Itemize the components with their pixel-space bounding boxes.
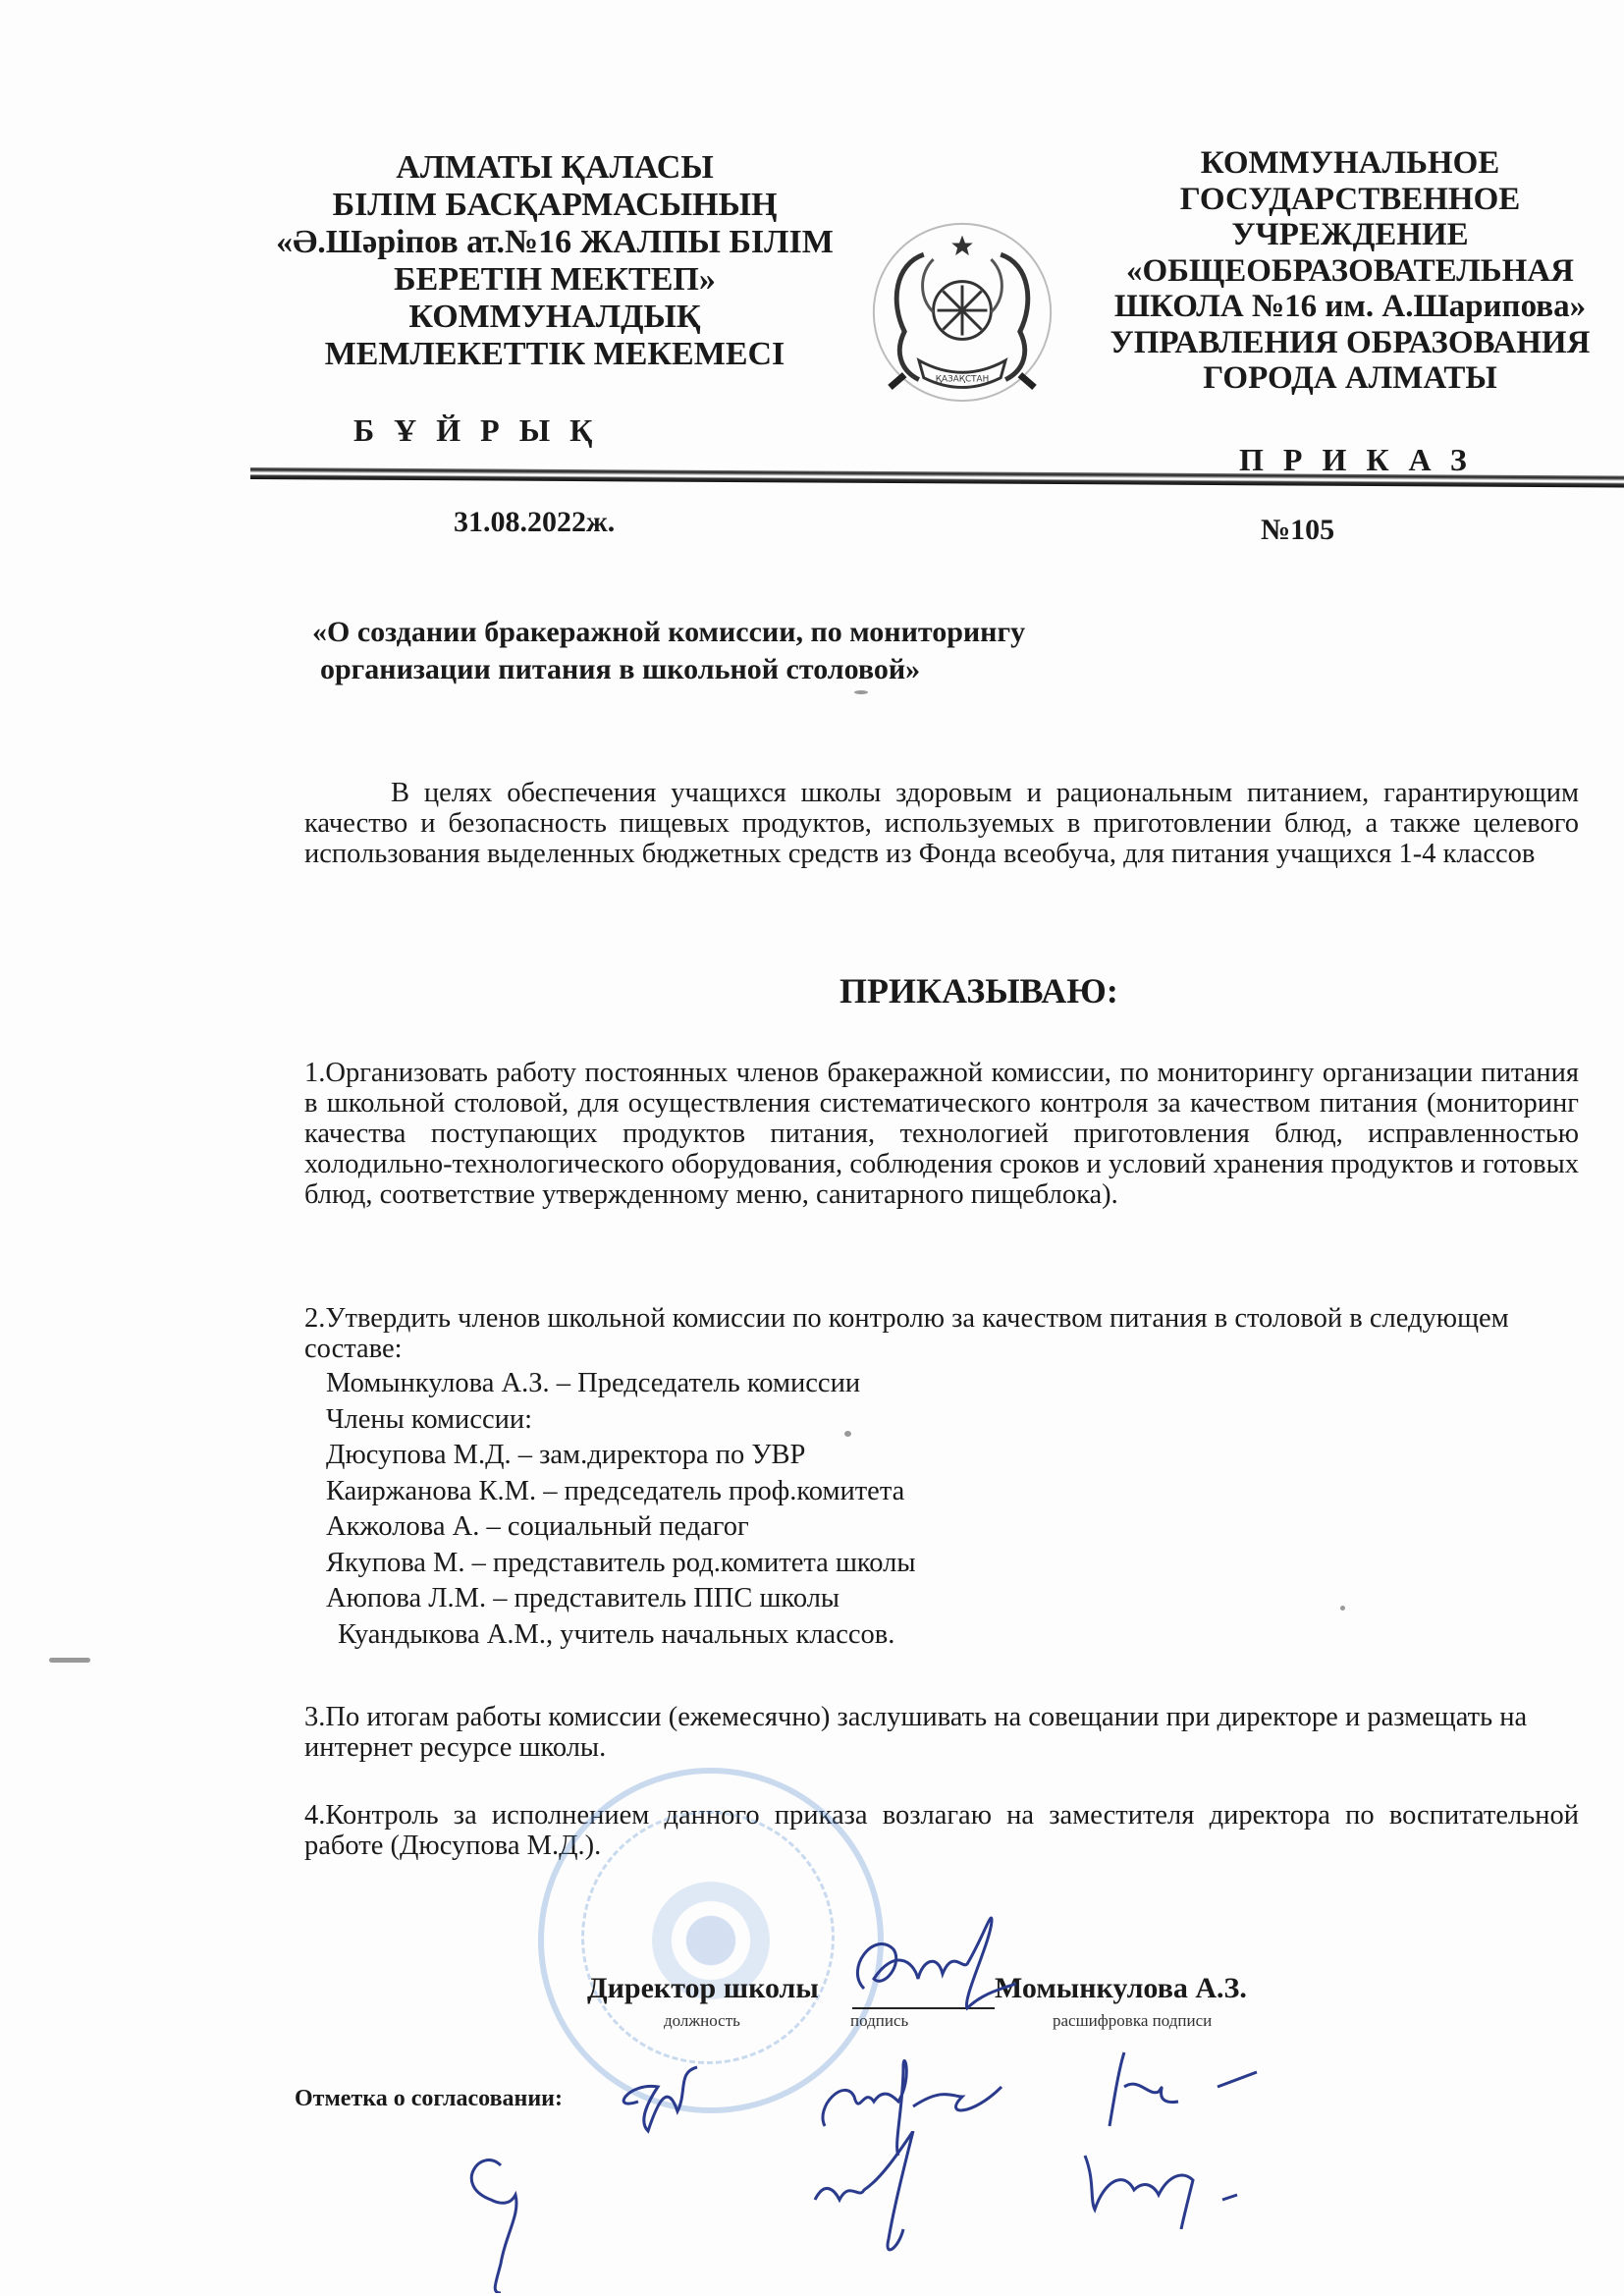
header-russian-line: ГОСУДАРСТВЕННОЕ: [1090, 182, 1610, 218]
approval-signature-icon: [442, 2146, 550, 2293]
order-number: №105: [1261, 514, 1334, 547]
commission-member: Каиржанова К.М. – председатель проф.коми…: [304, 1474, 1579, 1510]
approval-signature-icon: [1075, 2141, 1262, 2229]
header-russian-line: КОММУНАЛЬНОЕ: [1090, 145, 1610, 182]
preamble-paragraph: В целях обеспечения учащихся школы здоро…: [304, 778, 1579, 869]
approval-label: Отметка о согласовании:: [295, 2086, 563, 2112]
header-kazakh-line: МЕМЛЕКЕТТІК МЕКЕМЕСІ: [265, 336, 844, 373]
order-document-page: АЛМАТЫ ҚАЛАСЫ БІЛІМ БАСҚАРМАСЫНЫҢ «Ә.Шәр…: [0, 0, 1624, 2296]
order-heading: ПРИКАЗЫВАЮ:: [839, 970, 1118, 1011]
commission-member: Акжолова А. – социальный педагог: [304, 1509, 1579, 1546]
header-kazakh-line: «Ә.Шәріпов ат.№16 ЖАЛПЫ БІЛІМ: [265, 224, 844, 261]
order-item-2: 2.Утвердить членов школьной комиссии по …: [304, 1303, 1579, 1653]
scan-speck: [854, 690, 868, 694]
signatory-name: Момынкулова А.З.: [995, 1972, 1247, 2005]
header-kazakh-line: БІЛІМ БАСҚАРМАСЫНЫҢ: [265, 187, 844, 224]
order-item-4: 4.Контроль за исполнением данного приказ…: [304, 1800, 1579, 1861]
commission-member: Дюсупова М.Д. – зам.директора по УВР: [304, 1438, 1579, 1474]
members-label: Члены комиссии:: [304, 1402, 1579, 1439]
caption-position: должность: [664, 2011, 740, 2031]
order-word-kazakh: БҰЙРЫҚ: [353, 412, 612, 449]
scan-speck: [49, 1658, 90, 1663]
commission-member: Куандыкова А.М., учитель начальных класс…: [304, 1617, 1579, 1654]
scan-speck: [1340, 1606, 1345, 1611]
header-russian-line: УЧРЕЖДЕНИЕ: [1090, 217, 1610, 253]
director-signature-icon: [844, 1910, 1021, 2018]
header-kazakh-line: АЛМАТЫ ҚАЛАСЫ: [265, 149, 844, 187]
header-kazakh: АЛМАТЫ ҚАЛАСЫ БІЛІМ БАСҚАРМАСЫНЫҢ «Ә.Шәр…: [265, 149, 844, 373]
header-russian-line: «ОБЩЕОБРАЗОВАТЕЛЬНАЯ: [1090, 253, 1610, 290]
header-russian-line: ШКОЛА №16 им. А.Шарипова»: [1090, 289, 1610, 325]
order-date: 31.08.2022ж.: [454, 506, 615, 539]
header-russian-line: УПРАВЛЕНИЯ ОБРАЗОВАНИЯ: [1090, 325, 1610, 361]
order-item-1: 1.Организовать работу постоянных членов …: [304, 1058, 1579, 1210]
caption-name: расшифровка подписи: [1053, 2011, 1212, 2031]
header-kazakh-line: КОММУНАЛДЫҚ: [265, 299, 844, 336]
header-russian: КОММУНАЛЬНОЕ ГОСУДАРСТВЕННОЕ УЧРЕЖДЕНИЕ …: [1090, 145, 1610, 397]
scan-speck: [844, 1431, 851, 1437]
order-item-3: 3.По итогам работы комиссии (ежемесячно)…: [304, 1702, 1579, 1763]
approval-signature-icon: [609, 2062, 727, 2141]
commission-chair: Момынкулова А.З. – Председатель комиссии: [304, 1366, 1579, 1402]
header-kazakh-line: БЕРЕТІН МЕКТЕП»: [265, 261, 844, 299]
order-item-2-intro: 2.Утвердить членов школьной комиссии по …: [304, 1303, 1579, 1364]
svg-text:ҚАЗАҚСТАН: ҚАЗАҚСТАН: [936, 375, 989, 385]
approval-signature-icon: [805, 2131, 962, 2269]
signatory-position: Директор школы: [587, 1972, 819, 2005]
state-emblem-icon: ҚАЗАҚСТАН: [866, 216, 1058, 409]
order-title-line: организации питания в школьной столовой»: [312, 651, 1025, 688]
header-russian-line: ГОРОДА АЛМАТЫ: [1090, 360, 1610, 397]
commission-member: Якупова М. – представитель род.комитета …: [304, 1546, 1579, 1582]
order-title-line: «О создании бракеражной комиссии, по мон…: [312, 614, 1025, 651]
order-title: «О создании бракеражной комиссии, по мон…: [312, 614, 1025, 688]
commission-member: Аюпова Л.М. – представитель ППС школы: [304, 1581, 1579, 1617]
approval-signature-icon: [1090, 2048, 1267, 2136]
